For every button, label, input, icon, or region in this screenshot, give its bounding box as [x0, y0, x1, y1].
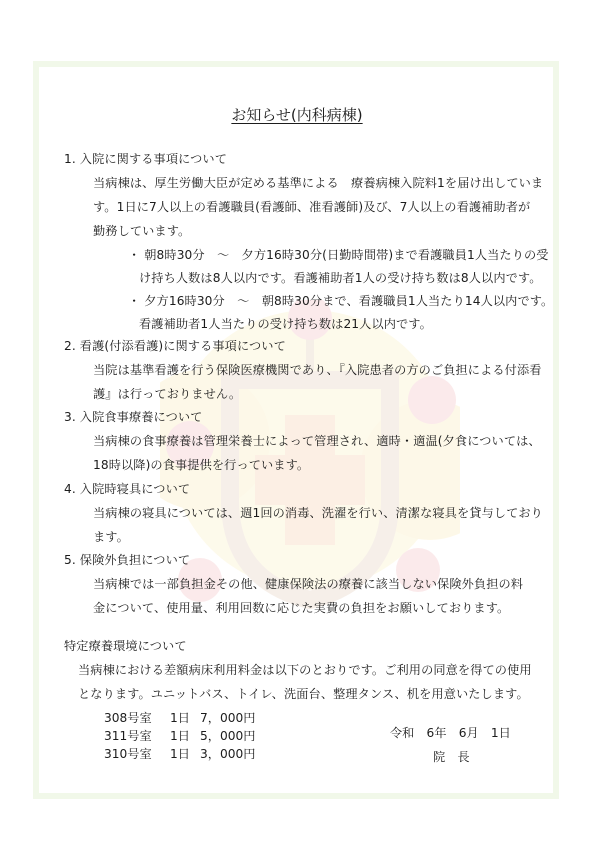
section-5-heading: 5. 保険外負担について [64, 551, 190, 568]
room-number: 310号室 [104, 745, 170, 762]
room-period: 1日 [170, 745, 200, 762]
section-4-heading: 4. 入院時寝具について [64, 480, 190, 497]
issue-date: 令和 6年 6月 1日 [390, 724, 511, 741]
section-1-bullet-2-cont: 看護補助者1人当たりの受け持ち数は21人以内です。 [139, 315, 432, 332]
room-period: 1日 [170, 709, 200, 726]
section-1-bullet-1: ・ 朝8時30分 ～ 夕方16時30分(日勤時間帯)まで看護職員1人当たりの受 [128, 246, 549, 263]
room-price: 7，000円 [200, 709, 255, 726]
section-1-heading: 1. 入院に関する事項について [64, 150, 227, 167]
room-period: 1日 [170, 727, 200, 744]
section-4-body-line: 当病棟の寝具については、週1回の消毒、洗濯を行い、清潔な寝具を貸与しており [93, 504, 543, 521]
room-price: 3，000円 [200, 745, 255, 762]
page-title: お知らせ(内科病棟) [0, 104, 594, 125]
section-2-heading: 2. 看護(付添看護)に関する事項について [64, 337, 286, 354]
section-5-body-line: 当病棟では一部負担金その他、健康保険法の療養に該当しない保険外負担の料 [93, 575, 523, 592]
signatory: 院 長 [433, 748, 470, 765]
section-3-heading: 3. 入院食事療養について [64, 408, 202, 425]
special-environment-heading: 特定療養環境について [64, 637, 187, 654]
special-environment-body-line: 当病棟における差額病床利用料金は以下のとおりです。ご利用の同意を得ての使用 [78, 661, 532, 678]
section-1-body-line: す。1日に7人以上の看護職員(看護師、准看護師)及び、7人以上の看護補助者が [93, 198, 530, 215]
room-fee-row: 310号室1日3，000円 [104, 745, 255, 762]
section-3-body-line: 当病棟の食事療養は管理栄養士によって管理され、適時・適温(夕食については、 [93, 432, 541, 449]
section-1-bullet-1-cont: け持ち人数は8人以内です。看護補助者1人の受け持ち数は8人以内です。 [139, 269, 542, 286]
room-fee-row: 311号室1日5，000円 [104, 727, 255, 744]
section-3-body-line: 18時以降)の食事提供を行っています。 [93, 456, 309, 473]
room-number: 311号室 [104, 727, 170, 744]
section-2-body-line: 護』は行っておりません。 [93, 385, 241, 402]
section-5-body-line: 金について、使用量、利用回数に応じた実費の負担をお願いしております。 [93, 599, 509, 616]
section-4-body-line: ます。 [93, 528, 129, 545]
special-environment-body-line: となります。ユニットバス、トイレ、洗面台、整理タンス、机を用意いたします。 [78, 685, 529, 702]
room-price: 5，000円 [200, 727, 255, 744]
room-number: 308号室 [104, 709, 170, 726]
section-1-body-line: 勤務しています。 [93, 222, 190, 239]
section-1-bullet-2: ・ 夕方16時30分 ～ 朝8時30分まで、看護職員1人当たり14人以内です。 [128, 292, 553, 309]
section-2-body-line: 当院は基準看護を行う保険医療機関であり、『入院患者の方のご負担による付添看 [93, 361, 542, 378]
room-fee-row: 308号室1日7，000円 [104, 709, 255, 726]
section-1-body-line: 当病棟は、厚生労働大臣が定める基準による 療養病棟入院料1を届け出していま [93, 174, 543, 191]
